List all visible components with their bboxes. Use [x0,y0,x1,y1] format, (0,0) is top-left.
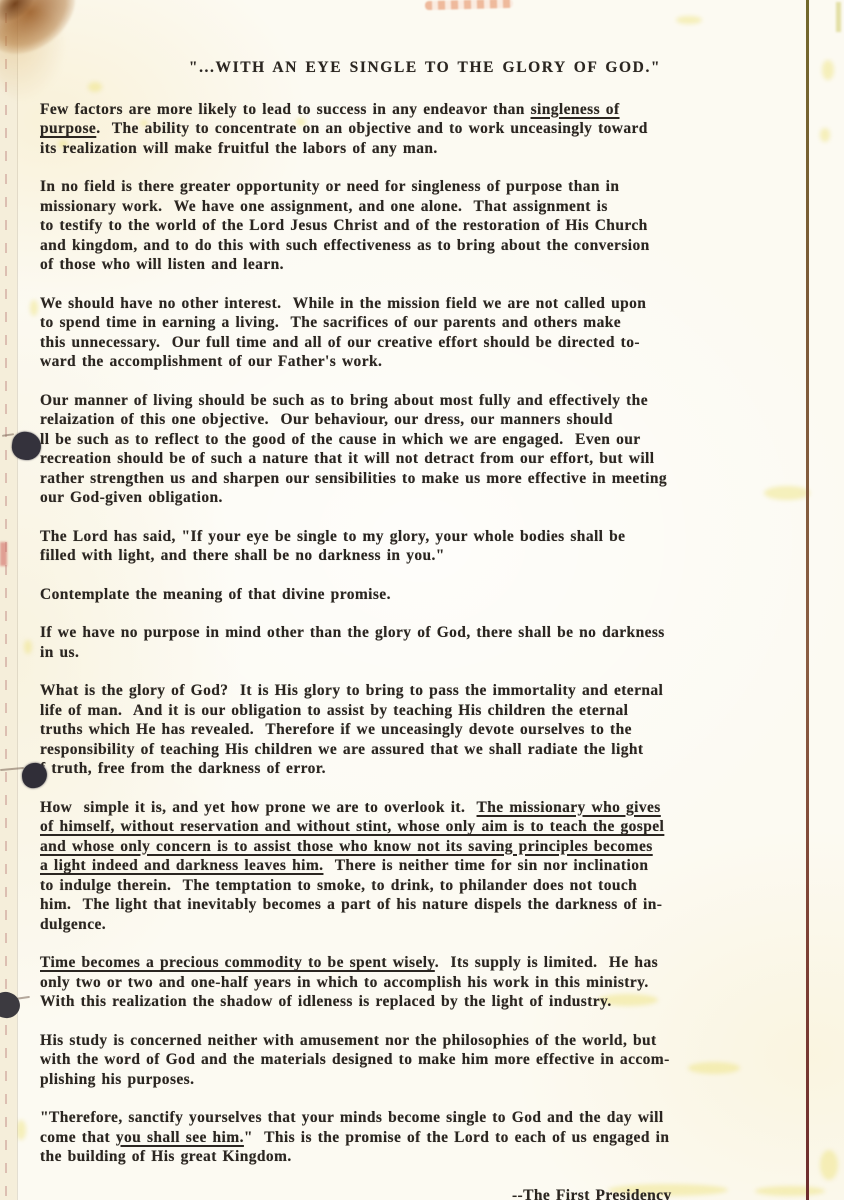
text-segment: ll be such as to reflect to the good of … [40,431,641,448]
text-segment: recreation should be of such a nature th… [40,450,654,467]
text-line: our God-given obligation. [40,488,810,508]
text-line: its realization will make fruitful the l… [40,139,810,159]
paragraph: In no field is there greater opportunity… [40,177,810,275]
paragraph: Time becomes a precious commodity to be … [40,953,810,1012]
text-line: life of man. And it is our obligation to… [40,701,810,721]
text-line: dulgence. [40,915,810,935]
text-line: purpose. The ability to concentrate on a… [40,119,810,139]
text-segment: life of man. And it is our obligation to… [40,702,628,719]
text-line: him. The light that inevitably becomes a… [40,895,810,915]
text-segment: ward the accomplishment of our Father's … [40,353,382,370]
text-line: ll be such as to reflect to the good of … [40,430,810,450]
text-line: to spend time in earning a living. The s… [40,313,810,333]
text-line: the building of His great Kingdom. [40,1147,810,1167]
top-edge-smudge [425,0,513,10]
text-segment: If we have no purpose in mind other than… [40,624,665,641]
text-line: With this realization the shadow of idle… [40,992,810,1012]
text-line: recreation should be of such a nature th… [40,449,810,469]
paragraph: How simple it is, and yet how prone we a… [40,798,810,935]
document-title: "...WITH AN EYE SINGLE TO THE GLORY OF G… [40,58,810,78]
hole-punch-edge [0,989,23,1021]
underlined-text-segment: you shall see him. [116,1129,244,1146]
text-line: How simple it is, and yet how prone we a… [40,798,810,818]
text-line: If we have no purpose in mind other than… [40,623,810,643]
text-segment: . Its supply is limited. He has [435,954,658,971]
text-line: What is the glory of God? It is His glor… [40,681,810,701]
paragraph: Our manner of living should be such as t… [40,391,810,508]
text-segment: missionary work. We have one assignment,… [40,198,608,215]
text-segment: filled with light, and there shall be no… [40,547,445,564]
paragraph: "Therefore, sanctify yourselves that you… [40,1108,810,1167]
text-line: In no field is there greater opportunity… [40,177,810,197]
text-segment: to indulge therein. The temptation to sm… [40,877,637,894]
text-line: Contemplate the meaning of that divine p… [40,585,810,605]
text-line: to indulge therein. The temptation to sm… [40,876,810,896]
text-line: The Lord has said, "If your eye be singl… [40,527,810,547]
text-segment: What is the glory of God? It is His glor… [40,682,663,699]
paper-speckle [30,300,38,316]
text-line: Few factors are more likely to lead to s… [40,100,810,120]
text-segment: We should have no other interest. While … [40,295,646,312]
text-segment: f truth, free from the darkness of error… [40,760,326,777]
text-segment: His study is concerned neither with amus… [40,1032,657,1049]
text-line: filled with light, and there shall be no… [40,546,810,566]
text-segment: our God-given obligation. [40,489,223,506]
left-edge-crease [17,0,18,1200]
text-line: and whose only concern is to assist thos… [40,837,810,857]
paragraph: Contemplate the meaning of that divine p… [40,585,810,605]
text-segment: truths which He has revealed. Therefore … [40,721,632,738]
top-right-corner-mark [836,2,841,32]
text-line: We should have no other interest. While … [40,294,810,314]
text-line: His study is concerned neither with amus… [40,1031,810,1051]
text-segment: to spend time in earning a living. The s… [40,314,621,331]
text-segment: of those who will listen and learn. [40,256,284,273]
text-line: only two or two and one-half years in wh… [40,973,810,993]
text-segment: and kingdom, and to do this with such ef… [40,237,650,254]
text-segment: only two or two and one-half years in wh… [40,974,649,991]
text-segment: responsibility of teaching His children … [40,741,643,758]
paragraph: The Lord has said, "If your eye be singl… [40,527,810,566]
left-edge-dashed-line [5,0,7,1200]
text-segment: Few factors are more likely to lead to s… [40,101,531,118]
paragraph: If we have no purpose in mind other than… [40,623,810,662]
text-segment: to testify to the world of the Lord Jesu… [40,217,648,234]
text-line: truths which He has revealed. Therefore … [40,720,810,740]
text-segment: rather strengthen us and sharpen our sen… [40,470,667,487]
underlined-text-segment: purpose [40,120,96,137]
text-line: a light indeed and darkness leaves him. … [40,856,810,876]
text-line: "Therefore, sanctify yourselves that you… [40,1108,810,1128]
paragraph: We should have no other interest. While … [40,294,810,372]
paper-speckle [676,16,702,24]
underlined-text-segment: and whose only concern is to assist thos… [40,838,653,855]
underlined-text-segment: Time becomes a precious commodity to be … [40,954,435,971]
text-segment: "Therefore, sanctify yourselves that you… [40,1109,664,1126]
underlined-text-segment: singleness of [531,101,620,118]
text-segment: How simple it is, and yet how prone we a… [40,799,477,816]
text-segment: Our manner of living should be such as t… [40,392,648,409]
text-line: Time becomes a precious commodity to be … [40,953,810,973]
paper-speckle [820,128,830,142]
page-left-edge [0,0,17,1200]
text-segment: relaization of this one objective. Our b… [40,411,613,428]
signature: --The First Presidency [512,1186,810,1200]
text-line: of those who will listen and learn. [40,255,810,275]
underlined-text-segment: The missionary who gives [477,799,661,816]
text-segment: Contemplate the meaning of that divine p… [40,586,391,603]
text-segment: The Lord has said, "If your eye be singl… [40,528,625,545]
left-edge-red-mark [0,542,7,566]
document-text-column: "...WITH AN EYE SINGLE TO THE GLORY OF G… [40,58,810,1200]
text-segment: this unnecessary. Our full time and all … [40,334,640,351]
paragraph: His study is concerned neither with amus… [40,1031,810,1090]
text-segment: the building of His great Kingdom. [40,1148,292,1165]
text-line: and kingdom, and to do this with such ef… [40,236,810,256]
paragraph: Few factors are more likely to lead to s… [40,100,810,159]
document-body: Few factors are more likely to lead to s… [40,100,810,1167]
text-line: this unnecessary. Our full time and all … [40,333,810,353]
underlined-text-segment: of himself, without reservation and with… [40,818,664,835]
text-line: of himself, without reservation and with… [40,817,810,837]
text-line: with the word of God and the materials d… [40,1050,810,1070]
text-line: f truth, free from the darkness of error… [40,759,810,779]
text-line: plishing his purposes. [40,1070,810,1090]
text-line: missionary work. We have one assignment,… [40,197,810,217]
text-line: in us. [40,643,810,663]
paper-speckle [24,640,32,654]
text-line: ward the accomplishment of our Father's … [40,352,810,372]
paper-speckle [822,60,834,80]
text-line: responsibility of teaching His children … [40,740,810,760]
text-segment: plishing his purposes. [40,1071,194,1088]
text-line: Our manner of living should be such as t… [40,391,810,411]
paragraph: What is the glory of God? It is His glor… [40,681,810,779]
paper-speckle [820,1150,838,1180]
text-segment: In no field is there greater opportunity… [40,178,619,195]
text-line: rather strengthen us and sharpen our sen… [40,469,810,489]
text-line: come that you shall see him." This is th… [40,1128,810,1148]
underlined-text-segment: a light indeed and darkness leaves him. [40,857,323,874]
text-segment: There is neither time for sin nor inclin… [323,857,648,874]
text-segment: With this realization the shadow of idle… [40,993,612,1010]
text-line: to testify to the world of the Lord Jesu… [40,216,810,236]
scanned-document-page: "...WITH AN EYE SINGLE TO THE GLORY OF G… [0,0,844,1200]
text-segment: in us. [40,644,79,661]
text-line: relaization of this one objective. Our b… [40,410,810,430]
text-segment: its realization will make fruitful the l… [40,140,438,157]
text-segment: " This is the promise of the Lord to eac… [244,1129,670,1146]
text-segment: him. The light that inevitably becomes a… [40,896,662,913]
text-segment: . The ability to concentrate on an objec… [96,120,648,137]
text-segment: dulgence. [40,916,106,933]
text-segment: come that [40,1129,116,1146]
text-segment: with the word of God and the materials d… [40,1051,670,1068]
